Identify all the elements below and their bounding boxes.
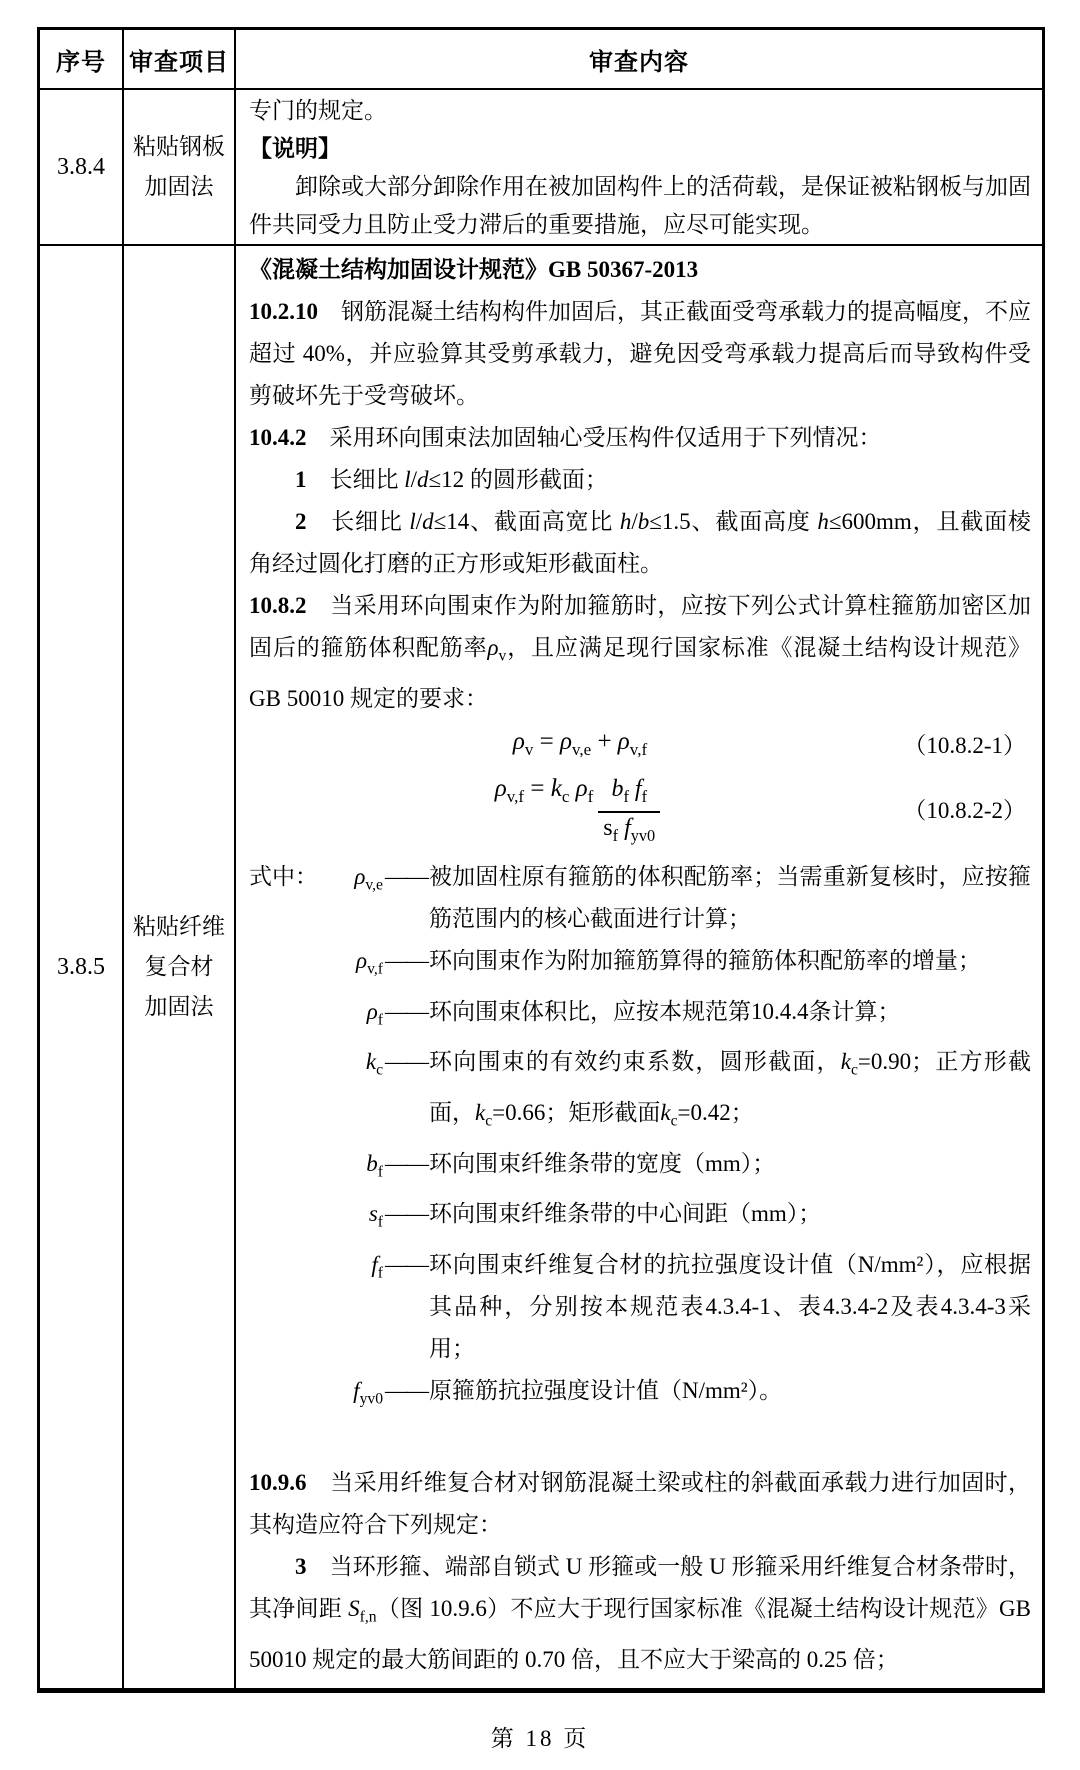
item-line: 加固法 bbox=[145, 167, 214, 207]
definition-text: 环向围束纤维复合材的抗拉强度设计值（N/mm²），应根据其品种，分别按本规范表4… bbox=[427, 1244, 1031, 1370]
header-review-content: 审查内容 bbox=[236, 30, 1042, 90]
definition-text: 被加固柱原有箍筋的体积配筋率；当需重新复核时，应按箍筋范围内的核心截面进行计算； bbox=[427, 856, 1031, 940]
item-line: 复合材 bbox=[145, 947, 214, 987]
definition-dash: —— bbox=[385, 1244, 427, 1370]
item-line: 粘贴纤维 bbox=[133, 907, 225, 947]
definition-item: sf——环向围束纤维条带的中心间距（mm）； bbox=[249, 1193, 1031, 1244]
definition-dash: —— bbox=[385, 1041, 427, 1142]
equation: ρv = ρv,e + ρv,f（10.8.2-1） bbox=[249, 725, 1031, 767]
row-3-8-4-serial: 3.8.4 bbox=[40, 90, 124, 246]
definition-prefix bbox=[249, 1193, 319, 1244]
row-3-8-4-content: 专门的规定。【说明】卸除或大部分卸除作用在被加固构件上的活荷载，是保证被粘钢板与… bbox=[236, 90, 1042, 246]
definition-prefix bbox=[249, 1244, 319, 1370]
paragraph: 10.4.2 采用环向围束法加固轴心受压构件仅适用于下列情况： bbox=[249, 417, 1031, 459]
fraction-denominator: sf fyv0 bbox=[598, 811, 660, 851]
definition-prefix bbox=[249, 940, 319, 991]
definition-symbol: ff bbox=[319, 1244, 385, 1370]
definition-text: 环向围束作为附加箍筋算得的箍筋体积配筋率的增量； bbox=[427, 940, 1031, 991]
definition-dash: —— bbox=[385, 856, 427, 940]
definition-symbol: ρv,e bbox=[319, 856, 385, 940]
row-3-8-5-content: 《混凝土结构加固设计规范》GB 50367-201310.2.10 钢筋混凝土结… bbox=[236, 246, 1042, 1688]
definition-prefix: 式中： bbox=[249, 856, 319, 940]
item-line: 粘贴钢板 bbox=[133, 127, 225, 167]
row-3-8-5-item: 粘贴纤维 复合材 加固法 bbox=[124, 246, 236, 1688]
definition-prefix bbox=[249, 1041, 319, 1142]
fraction: bf ffsf fyv0 bbox=[598, 774, 660, 852]
paragraph: 4 U 形箍的粘贴高度应符合本规范第 10.9.2 条的规定；当 U 形箍的上端… bbox=[249, 1681, 1031, 1688]
equation-number: （10.8.2-1） bbox=[903, 729, 1026, 763]
definition-dash: —— bbox=[385, 1370, 427, 1421]
paragraph: 专门的规定。 bbox=[249, 92, 1031, 130]
row-3-8-4-item: 粘贴钢板 加固法 bbox=[124, 90, 236, 246]
definition-text: 环向围束纤维条带的宽度（mm）； bbox=[427, 1143, 1031, 1194]
definition-item: ρv,f——环向围束作为附加箍筋算得的箍筋体积配筋率的增量； bbox=[249, 940, 1031, 991]
definition-text: 环向围束体积比，应按本规范第10.4.4条计算； bbox=[427, 991, 1031, 1042]
paragraph: 1 长细比 l/d≤12 的圆形截面； bbox=[249, 459, 1031, 501]
definition-dash: —— bbox=[385, 940, 427, 991]
paragraph: 10.8.2 当采用环向围束作为附加箍筋时，应按下列公式计算柱箍筋加密区加固后的… bbox=[249, 585, 1031, 720]
definition-item: fyv0——原箍筋抗拉强度设计值（N/mm²）。 bbox=[249, 1370, 1031, 1421]
definition-prefix bbox=[249, 1143, 319, 1194]
paragraph: 卸除或大部分卸除作用在被加固构件上的活荷载，是保证被粘钢板与加固件共同受力且防止… bbox=[249, 168, 1031, 244]
definition-symbol: fyv0 bbox=[319, 1370, 385, 1421]
header-serial-number: 序号 bbox=[40, 30, 124, 90]
equation-number: （10.8.2-2） bbox=[903, 794, 1026, 828]
definition-item: bf——环向围束纤维条带的宽度（mm）； bbox=[249, 1143, 1031, 1194]
definition-dash: —— bbox=[385, 1193, 427, 1244]
definition-prefix bbox=[249, 1370, 319, 1421]
blank-line bbox=[249, 1420, 1031, 1462]
definition-dash: —— bbox=[385, 1143, 427, 1194]
definition-symbol: kc bbox=[319, 1041, 385, 1142]
definition-item: kc——环向围束的有效约束系数，圆形截面，kc=0.90；正方形截面，kc=0.… bbox=[249, 1041, 1031, 1142]
paragraph: 10.2.10 钢筋混凝土结构构件加固后，其正截面受弯承载力的提高幅度，不应超过… bbox=[249, 291, 1031, 417]
row-3-8-5-serial: 3.8.5 bbox=[40, 246, 124, 1688]
definition-prefix bbox=[249, 991, 319, 1042]
paragraph: 3 当环形箍、端部自锁式 U 形箍或一般 U 形箍采用纤维复合材条带时，其净间距… bbox=[249, 1546, 1031, 1681]
paragraph: 【说明】 bbox=[249, 130, 1031, 168]
page-number: 第 18 页 bbox=[0, 1720, 1080, 1753]
review-table: 序号 审查项目 审查内容 3.8.4 粘贴钢板 加固法 专门的规定。【说明】卸除… bbox=[37, 27, 1045, 1693]
definition-symbol: sf bbox=[319, 1193, 385, 1244]
paragraph: 2 长细比 l/d≤14、截面高宽比 h/b≤1.5、截面高度 h≤600mm，… bbox=[249, 501, 1031, 585]
equation-body: ρv,f = kc ρfbf ffsf fyv0 bbox=[495, 772, 665, 852]
document-page: 序号 审查项目 审查内容 3.8.4 粘贴钢板 加固法 专门的规定。【说明】卸除… bbox=[0, 0, 1080, 1770]
equation-body: ρv = ρv,e + ρv,f bbox=[513, 725, 647, 767]
definition-symbol: ρf bbox=[319, 991, 385, 1042]
equation: ρv,f = kc ρfbf ffsf fyv0（10.8.2-2） bbox=[249, 772, 1031, 852]
definition-item: ρf——环向围束体积比，应按本规范第10.4.4条计算； bbox=[249, 991, 1031, 1042]
paragraph: 10.9.6 当采用纤维复合材对钢筋混凝土梁或柱的斜截面承载力进行加固时，其构造… bbox=[249, 1462, 1031, 1546]
definition-item: 式中：ρv,e——被加固柱原有箍筋的体积配筋率；当需重新复核时，应按箍筋范围内的… bbox=[249, 856, 1031, 940]
definition-symbol: ρv,f bbox=[319, 940, 385, 991]
definition-text: 原箍筋抗拉强度设计值（N/mm²）。 bbox=[427, 1370, 1031, 1421]
definition-text: 环向围束纤维条带的中心间距（mm）； bbox=[427, 1193, 1031, 1244]
header-review-item: 审查项目 bbox=[124, 30, 236, 90]
paragraph: 《混凝土结构加固设计规范》GB 50367-2013 bbox=[249, 249, 1031, 291]
definition-symbol: bf bbox=[319, 1143, 385, 1194]
definition-text: 环向围束的有效约束系数，圆形截面，kc=0.90；正方形截面，kc=0.66；矩… bbox=[427, 1041, 1031, 1142]
definition-item: ff——环向围束纤维复合材的抗拉强度设计值（N/mm²），应根据其品种，分别按本… bbox=[249, 1244, 1031, 1370]
item-line: 加固法 bbox=[145, 987, 214, 1027]
fraction-numerator: bf ff bbox=[606, 774, 652, 812]
definition-dash: —— bbox=[385, 991, 427, 1042]
